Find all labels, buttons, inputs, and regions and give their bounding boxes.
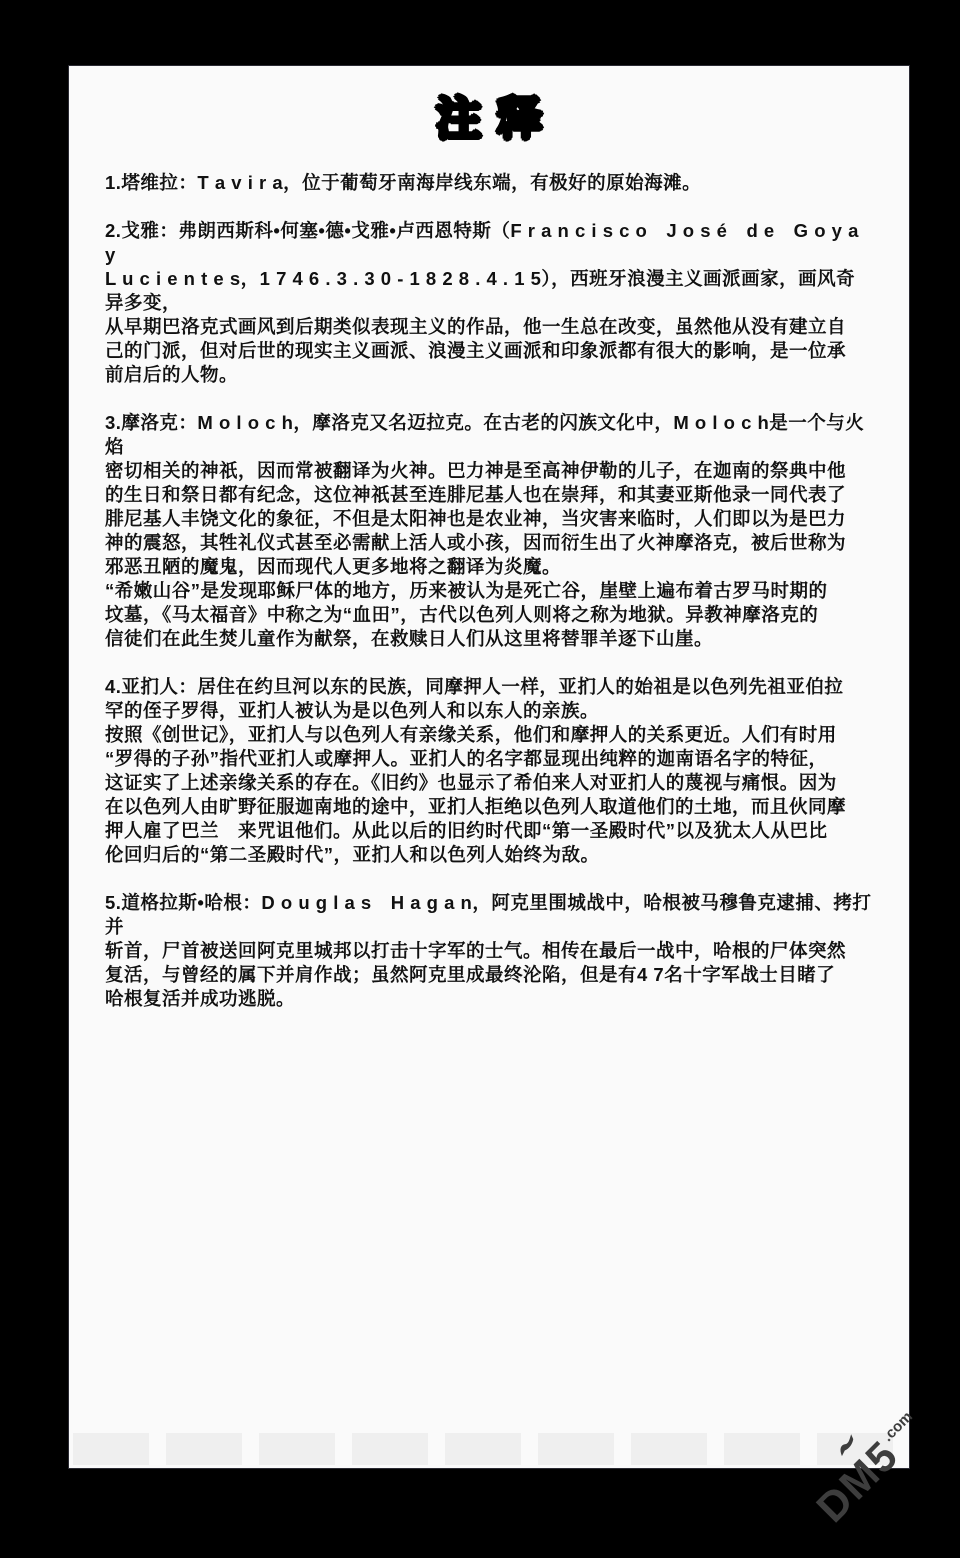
black-background: 注释 1.塔维拉：T a v i r a，位于葡萄牙南海岸线东端，有极好的原始海… [0, 0, 960, 1558]
page-title: 注释 [69, 82, 909, 147]
note-paragraph-4: 4.亚扪人：居住在约旦河以东的民族，同摩押人一样，亚扪人的始祖是以色列先祖亚伯拉… [105, 675, 874, 867]
note-paragraph-2: 2.戈雅：弗朗西斯科•何塞•德•戈雅•卢西恩特斯（F r a n c i s c… [105, 219, 874, 387]
notes-list: 1.塔维拉：T a v i r a，位于葡萄牙南海岸线东端，有极好的原始海滩。 … [69, 147, 909, 1011]
comic-notes-page: 注释 1.塔维拉：T a v i r a，位于葡萄牙南海岸线东端，有极好的原始海… [69, 66, 909, 1468]
screenshot-root: { "colors": { "background": "#000000", "… [0, 0, 960, 1558]
note-paragraph-1: 1.塔维拉：T a v i r a，位于葡萄牙南海岸线东端，有极好的原始海滩。 [105, 171, 874, 195]
faded-panel-row [73, 1433, 905, 1465]
note-paragraph-3: 3.摩洛克：M o l o c h，摩洛克又名迈拉克。在古老的闪族文化中，M o… [105, 411, 874, 651]
note-paragraph-5: 5.道格拉斯•哈根：D o u g l a s H a g a n，阿克里围城战… [105, 891, 874, 1011]
